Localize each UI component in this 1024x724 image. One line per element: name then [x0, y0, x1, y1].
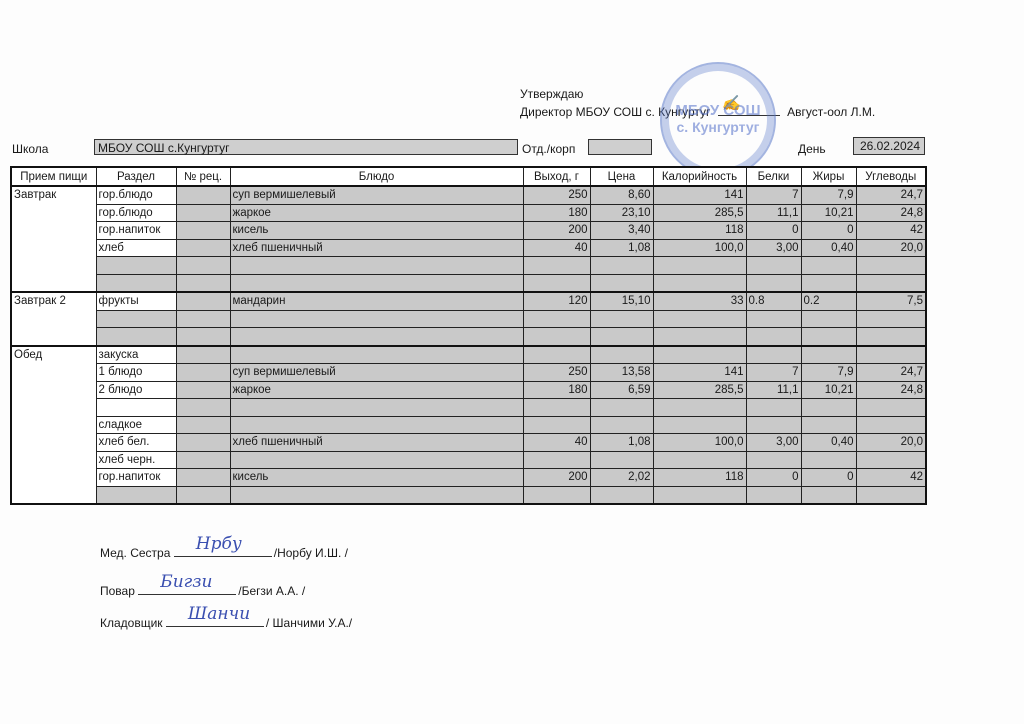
day-label: День — [798, 142, 826, 156]
director-name: Август-оол Л.М. — [787, 105, 875, 119]
fat-cell — [801, 416, 856, 434]
yield-cell — [523, 328, 590, 346]
protein-cell — [746, 451, 801, 469]
protein-cell — [746, 274, 801, 292]
price-cell — [590, 486, 653, 504]
carbs-cell — [856, 328, 926, 346]
yield-cell: 180 — [523, 204, 590, 222]
dish-cell — [230, 310, 523, 328]
fat-cell — [801, 346, 856, 364]
yield-cell: 200 — [523, 222, 590, 240]
signature-name: /Бегзи А.А. / — [238, 584, 305, 598]
price-cell: 1,08 — [590, 239, 653, 257]
yield-cell: 120 — [523, 292, 590, 310]
fat-cell — [801, 486, 856, 504]
protein-cell: 0 — [746, 469, 801, 487]
table-row — [11, 486, 926, 504]
price-cell: 8,60 — [590, 186, 653, 204]
table-row: 1 блюдосуп вермишелевый25013,5814177,924… — [11, 364, 926, 382]
dish-cell — [230, 274, 523, 292]
section-cell — [96, 257, 176, 275]
carbs-cell: 7,5 — [856, 292, 926, 310]
carbs-cell: 24,7 — [856, 186, 926, 204]
carbs-cell — [856, 399, 926, 417]
table-row: Завтракгор.блюдосуп вермишелевый2508,601… — [11, 186, 926, 204]
kcal-cell — [653, 451, 746, 469]
dish-cell — [230, 346, 523, 364]
carbs-cell — [856, 257, 926, 275]
section-cell: хлеб черн. — [96, 451, 176, 469]
section-cell: хлеб — [96, 239, 176, 257]
signature-line: Повар Бигзи/Бегзи А.А. / — [100, 582, 305, 598]
kcal-cell: 285,5 — [653, 204, 746, 222]
table-row — [11, 310, 926, 328]
section-cell: закуска — [96, 346, 176, 364]
signature-field: Шанчи — [166, 614, 264, 627]
dish-cell: кисель — [230, 469, 523, 487]
yield-cell — [523, 274, 590, 292]
kcal-cell — [653, 416, 746, 434]
section-cell — [96, 274, 176, 292]
column-header: № рец. — [176, 167, 230, 186]
recipe-cell — [176, 399, 230, 417]
dish-cell: суп вермишелевый — [230, 186, 523, 204]
dish-cell: суп вермишелевый — [230, 364, 523, 382]
carbs-cell — [856, 416, 926, 434]
column-header: Блюдо — [230, 167, 523, 186]
kcal-cell: 33 — [653, 292, 746, 310]
protein-cell — [746, 399, 801, 417]
column-header: Прием пищи — [11, 167, 96, 186]
dish-cell — [230, 486, 523, 504]
protein-cell: 3,00 — [746, 239, 801, 257]
dish-cell: жаркое — [230, 204, 523, 222]
column-header: Цена — [590, 167, 653, 186]
recipe-cell — [176, 486, 230, 504]
signature-scribble-icon: Шанчи — [188, 604, 250, 624]
protein-cell — [746, 486, 801, 504]
recipe-cell — [176, 364, 230, 382]
table-row: гор.напитоккисель2003,401180042 — [11, 222, 926, 240]
protein-cell: 7 — [746, 186, 801, 204]
price-cell: 1,08 — [590, 434, 653, 452]
fat-cell: 0,40 — [801, 239, 856, 257]
fat-cell — [801, 451, 856, 469]
yield-cell: 180 — [523, 381, 590, 399]
signature-scribble-icon: ✍ — [722, 95, 741, 112]
section-cell — [96, 310, 176, 328]
yield-cell — [523, 346, 590, 364]
protein-cell — [746, 346, 801, 364]
dish-cell: мандарин — [230, 292, 523, 310]
recipe-cell — [176, 381, 230, 399]
recipe-cell — [176, 434, 230, 452]
dish-cell: хлеб пшеничный — [230, 239, 523, 257]
dish-cell — [230, 399, 523, 417]
fat-cell: 0,40 — [801, 434, 856, 452]
day-field: 26.02.2024 — [853, 137, 925, 155]
carbs-cell — [856, 451, 926, 469]
section-cell: гор.напиток — [96, 469, 176, 487]
dish-cell: кисель — [230, 222, 523, 240]
price-cell: 13,58 — [590, 364, 653, 382]
table-body: Завтракгор.блюдосуп вермишелевый2508,601… — [11, 186, 926, 504]
signature-line: Кладовщик Шанчи/ Шанчими У.А./ — [100, 614, 352, 630]
yield-cell — [523, 399, 590, 417]
dish-cell — [230, 416, 523, 434]
price-cell — [590, 257, 653, 275]
signature-field: Нрбу — [174, 544, 272, 557]
table-row: гор.напитоккисель2002,021180042 — [11, 469, 926, 487]
section-cell: гор.блюдо — [96, 204, 176, 222]
section-cell: фрукты — [96, 292, 176, 310]
carbs-cell: 24,8 — [856, 204, 926, 222]
price-cell: 6,59 — [590, 381, 653, 399]
meal-cell: Завтрак 2 — [11, 292, 96, 346]
yield-cell: 40 — [523, 239, 590, 257]
signature-scribble-icon: Нрбу — [196, 534, 242, 554]
protein-cell: 11,1 — [746, 381, 801, 399]
stamp-text-village: с. Кунгуртуг — [662, 119, 774, 135]
yield-cell: 40 — [523, 434, 590, 452]
fat-cell — [801, 257, 856, 275]
carbs-cell — [856, 486, 926, 504]
dept-label: Отд./корп — [522, 142, 575, 156]
carbs-cell — [856, 346, 926, 364]
protein-cell: 0 — [746, 222, 801, 240]
table-row — [11, 274, 926, 292]
fat-cell: 0 — [801, 222, 856, 240]
carbs-cell: 20,0 — [856, 434, 926, 452]
protein-cell: 0.8 — [746, 292, 801, 310]
kcal-cell: 100,0 — [653, 434, 746, 452]
protein-cell: 3,00 — [746, 434, 801, 452]
kcal-cell — [653, 486, 746, 504]
yield-cell: 200 — [523, 469, 590, 487]
yield-cell — [523, 486, 590, 504]
section-cell: хлеб бел. — [96, 434, 176, 452]
table-row: 2 блюдожаркое1806,59285,511,110,2124,8 — [11, 381, 926, 399]
table-row — [11, 328, 926, 346]
table-row: хлеб черн. — [11, 451, 926, 469]
price-cell — [590, 451, 653, 469]
table-row: Завтрак 2фруктымандарин12015,10330.80.27… — [11, 292, 926, 310]
price-cell — [590, 328, 653, 346]
recipe-cell — [176, 257, 230, 275]
fat-cell — [801, 328, 856, 346]
carbs-cell: 42 — [856, 222, 926, 240]
column-header: Калорийность — [653, 167, 746, 186]
fat-cell: 7,9 — [801, 186, 856, 204]
recipe-cell — [176, 222, 230, 240]
kcal-cell — [653, 328, 746, 346]
recipe-cell — [176, 204, 230, 222]
dish-cell: хлеб пшеничный — [230, 434, 523, 452]
recipe-cell — [176, 346, 230, 364]
dept-field — [588, 139, 652, 155]
section-cell — [96, 399, 176, 417]
section-cell: сладкое — [96, 416, 176, 434]
fat-cell — [801, 310, 856, 328]
fat-cell: 10,21 — [801, 381, 856, 399]
school-field: МБОУ СОШ с.Кунгуртуг — [94, 139, 518, 155]
recipe-cell — [176, 416, 230, 434]
price-cell: 2,02 — [590, 469, 653, 487]
table-row: сладкое — [11, 416, 926, 434]
column-header: Раздел — [96, 167, 176, 186]
column-header: Жиры — [801, 167, 856, 186]
protein-cell — [746, 416, 801, 434]
signature-role: Повар — [100, 584, 135, 598]
recipe-cell — [176, 328, 230, 346]
meal-cell: Завтрак — [11, 186, 96, 292]
table-row — [11, 399, 926, 417]
kcal-cell — [653, 346, 746, 364]
price-cell — [590, 310, 653, 328]
fat-cell: 0.2 — [801, 292, 856, 310]
column-header: Белки — [746, 167, 801, 186]
carbs-cell — [856, 274, 926, 292]
dish-cell — [230, 451, 523, 469]
kcal-cell — [653, 399, 746, 417]
signature-role: Мед. Сестра — [100, 546, 170, 560]
yield-cell — [523, 310, 590, 328]
protein-cell — [746, 328, 801, 346]
director-line: Директор МБОУ СОШ с. Кунгуртуг ✍ Август-… — [520, 103, 875, 121]
signature-line: Мед. Сестра Нрбу/Норбу И.Ш. / — [100, 544, 348, 560]
table-row: хлебхлеб пшеничный401,08100,03,000,4020,… — [11, 239, 926, 257]
signature-name: /Норбу И.Ш. / — [274, 546, 348, 560]
signature-role: Кладовщик — [100, 616, 163, 630]
protein-cell — [746, 310, 801, 328]
meal-cell: Обед — [11, 346, 96, 505]
fat-cell: 7,9 — [801, 364, 856, 382]
yield-cell: 250 — [523, 186, 590, 204]
kcal-cell: 141 — [653, 186, 746, 204]
dish-cell — [230, 328, 523, 346]
carbs-cell: 20,0 — [856, 239, 926, 257]
director-signature: ✍ — [718, 103, 780, 116]
recipe-cell — [176, 239, 230, 257]
carbs-cell: 42 — [856, 469, 926, 487]
section-cell: гор.блюдо — [96, 186, 176, 204]
column-header: Углеводы — [856, 167, 926, 186]
kcal-cell — [653, 257, 746, 275]
price-cell: 3,40 — [590, 222, 653, 240]
price-cell: 15,10 — [590, 292, 653, 310]
table-header-row: Прием пищиРаздел№ рец.БлюдоВыход, гЦенаК… — [11, 167, 926, 186]
kcal-cell — [653, 274, 746, 292]
yield-cell — [523, 257, 590, 275]
yield-cell — [523, 416, 590, 434]
yield-cell: 250 — [523, 364, 590, 382]
protein-cell — [746, 257, 801, 275]
table-row: хлеб бел.хлеб пшеничный401,08100,03,000,… — [11, 434, 926, 452]
table-row — [11, 257, 926, 275]
dish-cell: жаркое — [230, 381, 523, 399]
recipe-cell — [176, 186, 230, 204]
menu-table: Прием пищиРаздел№ рец.БлюдоВыход, гЦенаК… — [10, 166, 927, 505]
price-cell — [590, 274, 653, 292]
yield-cell — [523, 451, 590, 469]
section-cell: 2 блюдо — [96, 381, 176, 399]
kcal-cell: 141 — [653, 364, 746, 382]
recipe-cell — [176, 274, 230, 292]
recipe-cell — [176, 292, 230, 310]
section-cell: 1 блюдо — [96, 364, 176, 382]
signature-name: / Шанчими У.А./ — [266, 616, 352, 630]
kcal-cell — [653, 310, 746, 328]
table-row: гор.блюдожаркое18023,10285,511,110,2124,… — [11, 204, 926, 222]
kcal-cell: 100,0 — [653, 239, 746, 257]
kcal-cell: 118 — [653, 222, 746, 240]
price-cell — [590, 399, 653, 417]
price-cell — [590, 416, 653, 434]
signature-scribble-icon: Бигзи — [160, 572, 212, 592]
approval-title: Утверждаю — [520, 86, 875, 103]
fat-cell: 0 — [801, 469, 856, 487]
table-row: Обедзакуска — [11, 346, 926, 364]
carbs-cell — [856, 310, 926, 328]
carbs-cell: 24,7 — [856, 364, 926, 382]
section-cell — [96, 486, 176, 504]
recipe-cell — [176, 310, 230, 328]
signature-field: Бигзи — [138, 582, 236, 595]
section-cell: гор.напиток — [96, 222, 176, 240]
section-cell — [96, 328, 176, 346]
kcal-cell: 285,5 — [653, 381, 746, 399]
protein-cell: 7 — [746, 364, 801, 382]
protein-cell: 11,1 — [746, 204, 801, 222]
column-header: Выход, г — [523, 167, 590, 186]
dish-cell — [230, 257, 523, 275]
recipe-cell — [176, 469, 230, 487]
price-cell — [590, 346, 653, 364]
director-position: Директор МБОУ СОШ с. Кунгуртуг — [520, 105, 710, 119]
school-label: Школа — [12, 142, 48, 156]
fat-cell — [801, 274, 856, 292]
recipe-cell — [176, 451, 230, 469]
fat-cell — [801, 399, 856, 417]
fat-cell: 10,21 — [801, 204, 856, 222]
carbs-cell: 24,8 — [856, 381, 926, 399]
approval-block: Утверждаю Директор МБОУ СОШ с. Кунгуртуг… — [520, 86, 875, 121]
price-cell: 23,10 — [590, 204, 653, 222]
kcal-cell: 118 — [653, 469, 746, 487]
